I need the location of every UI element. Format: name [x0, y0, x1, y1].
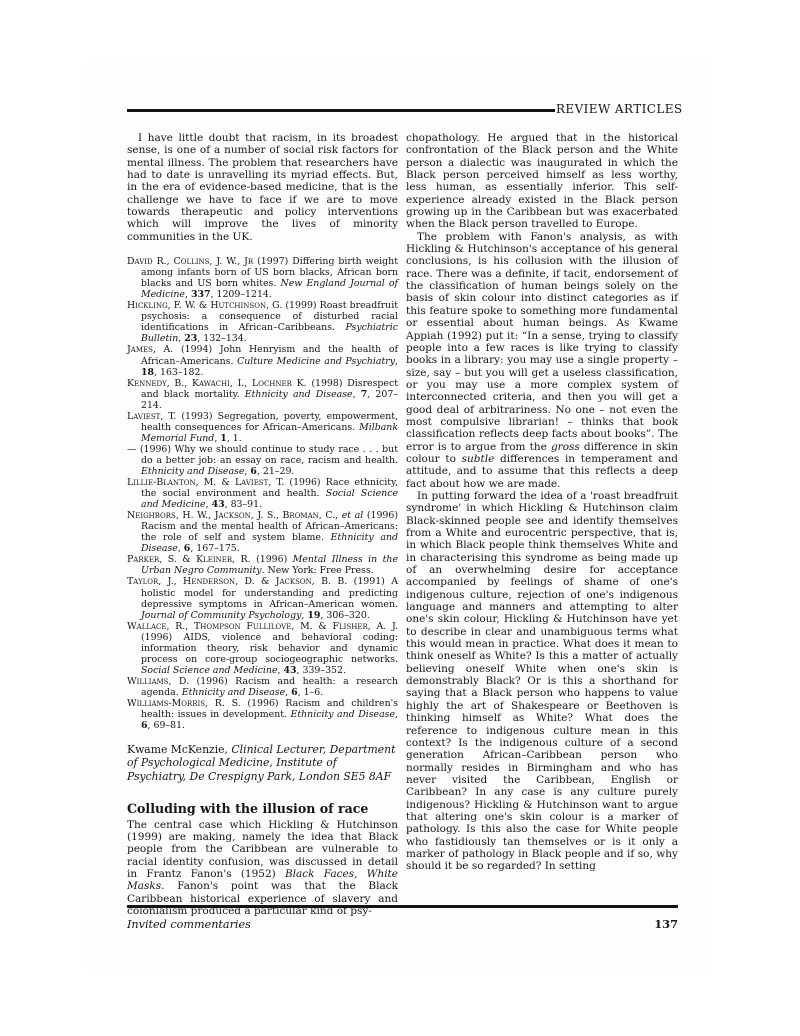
text-segment: , 163–182. [154, 367, 203, 378]
reference-item: Kennedy, B., Kawachi, I., Lochner K. (19… [127, 378, 398, 411]
text-segment: Social Science and Medicine [141, 665, 278, 676]
text-segment: Ethnicity and Disease [141, 466, 244, 477]
reference-item: Wallace, R., Thompson Fullilove, M. & Fl… [127, 621, 398, 676]
text-segment: , 132–134. [197, 333, 246, 344]
reference-item: Parker, S. & Kleiner, R. (1996) Mental I… [127, 554, 398, 576]
text-segment: Lillie-Blanton, M. & Laviest, T. [127, 477, 284, 488]
text-segment: Williams, D. [127, 676, 189, 687]
text-segment: (1996) AIDS, violence and behavioral cod… [141, 632, 398, 665]
text-segment: 23 [184, 333, 197, 344]
reference-item: Laviest, T. (1993) Segregation, poverty,… [127, 411, 398, 444]
text-segment: James, A. [127, 344, 173, 355]
reference-item: Lillie-Blanton, M. & Laviest, T. (1996) … [127, 477, 398, 510]
text-segment: Neighbors, H. W., Jackson, J. S., Broman… [127, 510, 338, 521]
text-segment: 43 [283, 665, 296, 676]
text-segment: et al [342, 510, 364, 521]
reference-item: — (1996) Why we should continue to study… [127, 444, 398, 477]
author-affiliation: Kwame McKenzie, Clinical Lecturer, Depar… [127, 743, 398, 783]
text-segment: 43 [212, 499, 225, 510]
text-segment: The problem with Fanon's analysis, as wi… [406, 231, 678, 453]
text-segment: , 69–81. [148, 720, 186, 731]
text-segment: , 1. [227, 433, 242, 444]
header-rule [127, 109, 555, 112]
reference-item: Williams-Morris, R. S. (1996) Racism and… [127, 698, 398, 731]
text-segment: 19 [307, 610, 320, 621]
text-segment: . New York: Free Press. [262, 565, 374, 576]
text-segment: , 21–29. [257, 466, 295, 477]
text-segment: Parker, S. & Kleiner, R. [127, 554, 251, 565]
text-segment: Ethnicity and Disease [291, 709, 395, 720]
reference-item: Neighbors, H. W., Jackson, J. S., Broman… [127, 510, 398, 554]
body-paragraph: In putting forward the idea of a 'roast … [406, 490, 678, 873]
text-segment: , 1209–1214. [211, 289, 272, 300]
text-segment: gross [551, 441, 580, 453]
text-segment: David R., Collins, J. W., Jr [127, 256, 253, 267]
section-heading: Colluding with the illusion of race [127, 802, 398, 816]
intro-paragraph: I have little doubt that racism, in its … [127, 132, 398, 243]
body-paragraph: chopathology. He argued that in the hist… [406, 132, 678, 231]
text-segment: Laviest, T. [127, 411, 176, 422]
text-segment: — (1996) Why we should continue to study… [127, 444, 398, 466]
reference-item: James, A. (1994) John Henryism and the h… [127, 344, 398, 377]
text-segment: Kennedy, B., Kawachi, I., Lochner K. [127, 378, 307, 389]
running-head: REVIEW ARTICLES [556, 102, 678, 116]
text-segment: Wallace, R., Thompson Fullilove, M. & Fl… [127, 621, 398, 632]
body-paragraph: The problem with Fanon's analysis, as wi… [406, 231, 678, 490]
text-segment: subtle [462, 453, 495, 465]
left-column: I have little doubt that racism, in its … [127, 132, 398, 917]
text-segment: Journal of Community Psychology [141, 610, 301, 621]
text-segment: Taylor, J., Henderson, D. & Jackson, B. … [127, 576, 347, 587]
text-segment: Kwame McKenzie, [127, 743, 231, 756]
text-segment: 18 [141, 367, 154, 378]
text-segment: 337 [191, 289, 211, 300]
text-segment: , [395, 356, 398, 367]
text-segment: Culture Medicine and Psychiatry [237, 356, 395, 367]
footer-running-title: Invited commentaries [127, 918, 251, 931]
reference-item: Taylor, J., Henderson, D. & Jackson, B. … [127, 576, 398, 620]
text-segment: , 167–175. [190, 543, 239, 554]
text-segment: . Fanon's point was that the Black Carib… [127, 880, 398, 917]
reference-list: David R., Collins, J. W., Jr (1997) Diff… [127, 256, 398, 731]
text-segment: , 339–352. [297, 665, 346, 676]
text-segment: Hickling, F. W. & Hutchinson, G. [127, 300, 282, 311]
text-segment: Williams-Morris, R. S. [127, 698, 241, 709]
right-column: chopathology. He argued that in the hist… [406, 132, 678, 873]
text-segment: , [395, 709, 398, 720]
reference-item: Hickling, F. W. & Hutchinson, G. (1999) … [127, 300, 398, 344]
reference-item: Williams, D. (1996) Racism and health: a… [127, 676, 398, 698]
text-segment: , [353, 389, 361, 400]
text-segment: , 83–91. [225, 499, 263, 510]
text-segment: (1996) [251, 554, 293, 565]
footer-rule [127, 905, 678, 908]
section-paragraph: The central case which Hickling & Hutchi… [127, 819, 398, 918]
text-segment: Ethnicity and Disease [245, 389, 353, 400]
text-segment: , 306–320. [320, 610, 369, 621]
reference-item: David R., Collins, J. W., Jr (1997) Diff… [127, 256, 398, 300]
text-segment: , 1–6. [298, 687, 324, 698]
text-segment: Ethnicity and Disease [182, 687, 285, 698]
page-number: 137 [406, 917, 678, 931]
